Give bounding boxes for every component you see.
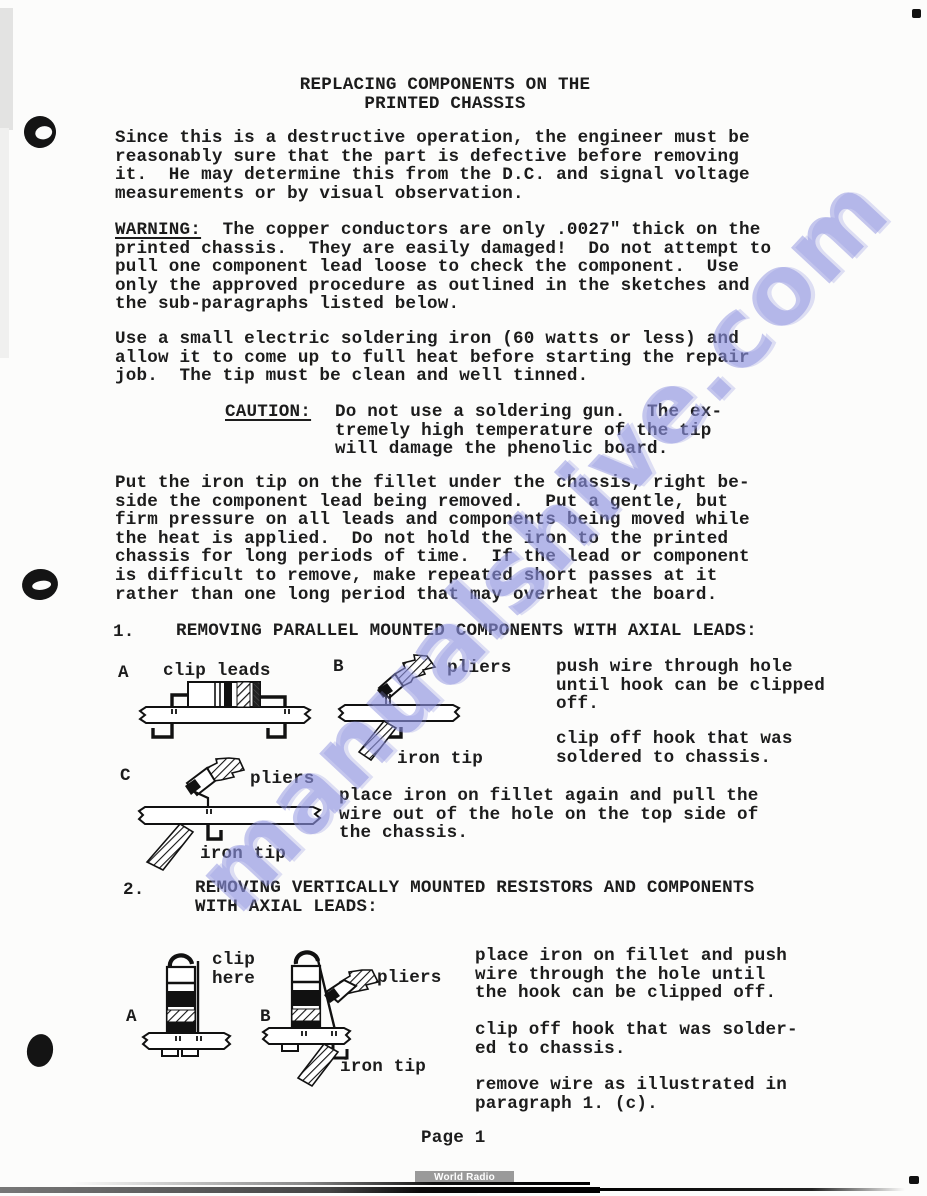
step-b2-text: clip off hook that was soldered to chass… (556, 730, 793, 767)
caution-text: Do not use a soldering gun. The ex- trem… (335, 403, 722, 459)
figure-vertical-resistor-b (258, 938, 453, 1090)
iron-tip-icon (298, 1044, 338, 1086)
scan-bar-artifact (0, 1187, 600, 1193)
step-c-text: place iron on fillet again and pull the … (339, 787, 759, 843)
page-title: REPLACING COMPONENTS ON THE PRINTED CHAS… (299, 76, 591, 113)
resistor-body (167, 967, 195, 1033)
wire-loop (170, 955, 192, 967)
paragraph-warning: WARNING: The copper conductors are only … (115, 221, 771, 314)
figure-pliers-iron-sketch-b (335, 648, 485, 773)
figure1a-label: A (118, 664, 129, 683)
resistor-body (292, 966, 320, 1030)
step2-s2-text: clip off hook that was solder- ed to cha… (475, 1021, 798, 1058)
step2-s1-text: place iron on fillet and push wire throu… (475, 947, 787, 1003)
caution-label: CAUTION: (225, 403, 311, 422)
section2-number: 2. (123, 881, 145, 900)
paragraph-intro: Since this is a destructive operation, t… (115, 129, 750, 203)
pliers-icon (377, 655, 435, 698)
iron-tip-icon (359, 721, 396, 760)
scanned-manual-page: REPLACING COMPONENTS ON THE PRINTED CHAS… (0, 0, 927, 1196)
wire-hook (208, 824, 221, 839)
chassis-board (339, 705, 459, 721)
figure2a-label: A (126, 1008, 137, 1027)
solder-tab (162, 1049, 178, 1056)
step2-s3-text: remove wire as illustrated in paragraph … (475, 1076, 787, 1113)
scan-line-artifact (595, 1188, 905, 1191)
scan-edge-artifact (0, 128, 9, 358)
scan-edge-artifact (0, 8, 13, 130)
pliers-icon (185, 758, 244, 795)
page-number: Page 1 (421, 1129, 486, 1148)
section1-number: 1. (113, 623, 135, 642)
section1-heading: REMOVING PARALLEL MOUNTED COMPONENTS WIT… (176, 622, 757, 641)
solder-tab (282, 1044, 298, 1051)
step-b1-text: push wire through hole until hook can be… (556, 658, 825, 714)
chassis-board (143, 1033, 230, 1049)
pliers-icon (324, 970, 378, 1003)
warning-text: The copper conductors are only .0027" th… (115, 220, 771, 314)
binder-hole-mark (21, 113, 59, 151)
figure-pliers-iron-sketch-c (135, 756, 340, 874)
chassis-board (139, 807, 320, 824)
wire-loop (296, 952, 318, 964)
solder-tab (182, 1049, 198, 1056)
figure1c-label: C (120, 767, 131, 786)
section2-heading: REMOVING VERTICALLY MOUNTED RESISTORS AN… (195, 879, 754, 916)
scan-line-artifact (70, 1182, 590, 1185)
component-body (188, 682, 260, 707)
iron-tip-icon (147, 824, 193, 870)
paragraph-fillet: Put the iron tip on the fillet under the… (115, 474, 750, 604)
binder-hole-mark (20, 567, 60, 603)
scan-speck (909, 1176, 919, 1184)
binder-hole-mark (24, 1032, 55, 1069)
warning-label: WARNING: (115, 220, 201, 240)
scan-speck (912, 9, 921, 18)
figure-parallel-component-sketch (138, 676, 314, 748)
paragraph-soldering-iron: Use a small electric soldering iron (60 … (115, 330, 750, 386)
